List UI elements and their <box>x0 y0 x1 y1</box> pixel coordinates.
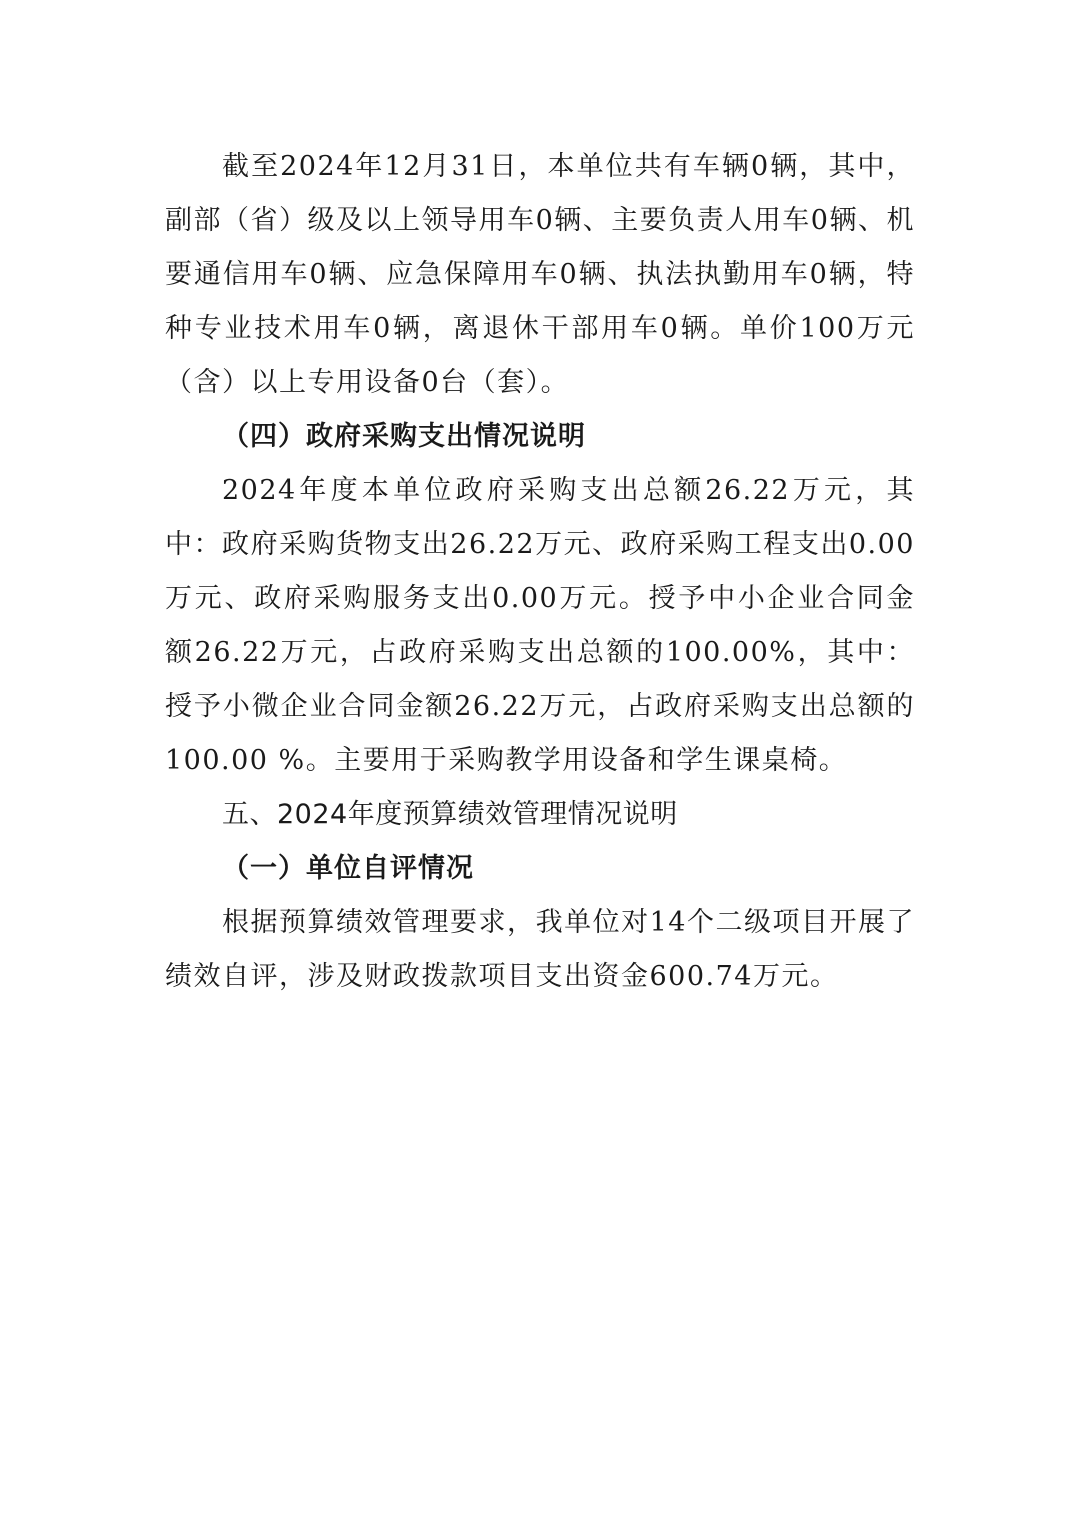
performance-section-heading: 五、2024年度预算绩效管理情况说明 <box>165 788 915 842</box>
procurement-paragraph: 2024年度本单位政府采购支出总额26.22万元，其中：政府采购货物支出26.2… <box>165 464 915 788</box>
vehicles-paragraph: 截至2024年12月31日，本单位共有车辆0辆，其中，副部（省）级及以上领导用车… <box>165 140 915 410</box>
document-page: 截至2024年12月31日，本单位共有车辆0辆，其中，副部（省）级及以上领导用车… <box>165 140 915 1004</box>
self-evaluation-subheading: （一）单位自评情况 <box>165 842 915 896</box>
procurement-subheading: （四）政府采购支出情况说明 <box>165 410 915 464</box>
self-evaluation-paragraph: 根据预算绩效管理要求，我单位对14个二级项目开展了绩效自评，涉及财政拨款项目支出… <box>165 896 915 1004</box>
